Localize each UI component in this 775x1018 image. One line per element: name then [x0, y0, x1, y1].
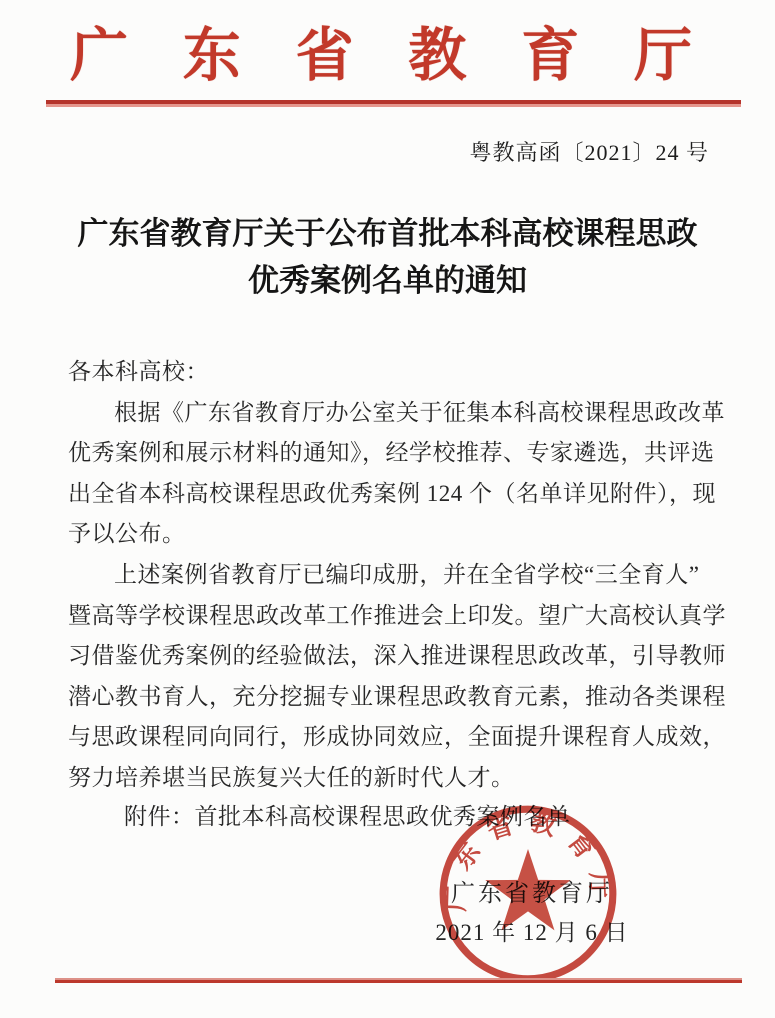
letterhead-char: 厅 [634, 24, 692, 88]
official-notice-document: 广 东 省 教 育 厅 粤教高函〔2021〕24 号 广东省教育厅关于公布首批本… [0, 0, 775, 1018]
body-line: 根据《广东省教育厅办公室关于征集本科高校课程思政改革 [68, 393, 725, 434]
body-line: 上述案例省教育厅已编印成册，并在全省学校“三全育人” [68, 555, 725, 596]
notice-title-line2: 优秀案例名单的通知 [20, 257, 755, 304]
signature-agency: 广东省教育厅 [432, 874, 632, 914]
letterhead-agency-name: 广 东 省 教 育 厅 [70, 24, 692, 88]
body-line: 优秀案例和展示材料的通知》，经学校推荐、专家遴选，共评选 [68, 433, 725, 474]
body-line: 暨高等学校课程思政改革工作推进会上印发。望广大高校认真学 [68, 596, 725, 637]
signature-block: 广东省教育厅 2021 年 12 月 6 日 [432, 874, 632, 952]
letterhead-divider-line [46, 100, 741, 107]
letterhead-char: 教 [408, 24, 466, 88]
letterhead-char: 东 [183, 24, 241, 88]
letterhead-char: 广 [70, 24, 128, 88]
body-line: 予以公布。 [68, 514, 725, 555]
body-line: 出全省本科高校课程思政优秀案例 124 个（名单详见附件），现 [68, 474, 725, 515]
signature-date: 2021 年 12 月 6 日 [432, 914, 632, 952]
body-line: 努力培养堪当民族复兴大任的新时代人才。 [68, 758, 725, 799]
document-number: 粤教高函〔2021〕24 号 [469, 136, 709, 167]
body-line: 潜心教书育人，充分挖掘专业课程思政教育元素，推动各类课程 [68, 677, 725, 718]
notice-title-line1: 广东省教育厅关于公布首批本科高校课程思政 [20, 210, 755, 257]
salutation: 各本科高校： [68, 352, 725, 393]
body-line: 习借鉴优秀案例的经验做法，深入推进课程思政改革，引导教师 [68, 636, 725, 677]
letterhead-char: 育 [521, 24, 579, 88]
notice-body: 各本科高校： 根据《广东省教育厅办公室关于征集本科高校课程思政改革 优秀案例和展… [68, 352, 725, 799]
footer-divider-line [55, 978, 742, 983]
letterhead-char: 省 [296, 24, 354, 88]
attachment-reference: 附件：首批本科高校课程思政优秀案例名单 [124, 798, 571, 831]
notice-title: 广东省教育厅关于公布首批本科高校课程思政 优秀案例名单的通知 [20, 210, 755, 304]
body-line: 与思政课程同向同行，形成协同效应，全面提升课程育人成效， [68, 717, 725, 758]
